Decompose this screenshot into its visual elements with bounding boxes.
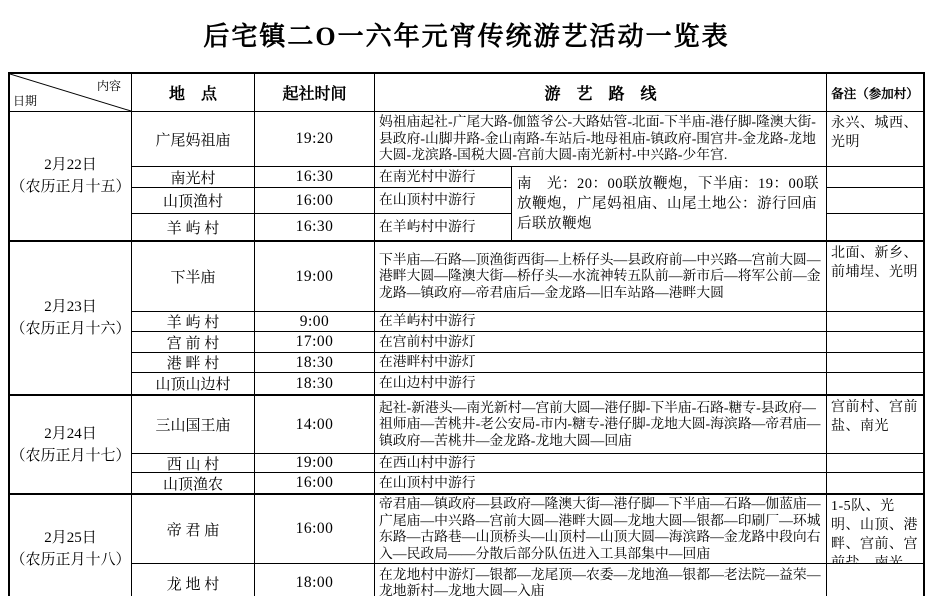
time-cell: 18:00: [255, 564, 375, 596]
time-cell: 9:00: [255, 312, 375, 332]
time-cell: 18:30: [255, 373, 375, 394]
location-cell: 下半庙: [132, 242, 255, 312]
date-text: 2月24日: [44, 423, 97, 445]
column-header-route: 游 艺 路 线: [375, 74, 827, 112]
remark-cell: [827, 167, 923, 188]
lunar-date-text: （农历正月十八）: [10, 549, 130, 571]
corner-label-date: 日期: [13, 92, 37, 109]
firecracker-note-cell: 南 光：20：00联放鞭炮，下半庙：19：00联放鞭炮，广尾妈祖庙、山尾土地公：…: [512, 167, 827, 240]
remark-cell: 永兴、城西、光明: [827, 112, 923, 167]
date-block-feb25: 2月25日 （农历正月十八） 帝 君 庙 16:00 帝君庙—镇政府—县政府—隆…: [10, 495, 923, 596]
route-cell: 在西山村中游行: [375, 454, 827, 473]
time-cell: 16:30: [255, 167, 375, 188]
schedule-table: 内容 日期 地 点 起社时间 游 艺 路 线 备注（参加村） 2月22日 （农历…: [8, 72, 925, 596]
location-cell: 南光村: [132, 167, 255, 188]
remark-cell: [827, 214, 923, 240]
column-header-location: 地 点: [132, 74, 255, 112]
route-cell: 在港畔村中游灯: [375, 353, 827, 373]
table-row: 帝 君 庙 16:00 帝君庙—镇政府—县政府—隆澳大街—港仔脚—下半庙—石路—…: [132, 495, 923, 564]
route-cell: 在山顶村中游行: [375, 188, 512, 214]
route-cell: 妈祖庙起社-广尾大路-伽篮爷公-大路姑管-北面-下半庙-港仔脚-隆澳大街-县政府…: [375, 112, 827, 167]
route-cell: 在羊屿村中游行: [375, 214, 512, 240]
route-cell: 在山顶村中游行: [375, 473, 827, 493]
table-row: 宫 前 村 17:00 在宫前村中游灯: [132, 332, 923, 353]
table-row: 三山国王庙 14:00 起社-新港头—南光新村—宫前大圆—港仔脚-下半庙-石路-…: [132, 396, 923, 454]
location-cell: 羊 屿 村: [132, 312, 255, 332]
time-cell: 16:00: [255, 495, 375, 564]
date-block-feb23: 2月23日 （农历正月十六） 下半庙 19:00 下半庙—石路—顶渔街西街—上桥…: [10, 242, 923, 396]
location-cell: 宫 前 村: [132, 332, 255, 353]
remark-cell: [827, 312, 923, 332]
remark-cell: [827, 353, 923, 373]
date-cell: 2月25日 （农历正月十八）: [10, 495, 132, 596]
table-row: 港 畔 村 18:30 在港畔村中游灯: [132, 353, 923, 373]
time-cell: 19:00: [255, 454, 375, 473]
location-cell: 山顶山边村: [132, 373, 255, 394]
time-cell: 19:20: [255, 112, 375, 167]
page-title: 后宅镇二O一六年元宵传统游艺活动一览表: [0, 0, 933, 53]
route-cell: 下半庙—石路—顶渔街西街—上桥仔头—县政府前—中兴路—宫前大圆—港畔大圆—隆澳大…: [375, 242, 827, 312]
route-cell: 起社-新港头—南光新村—宫前大圆—港仔脚-下半庙-石路-糖专-县政府—祖师庙—苦…: [375, 396, 827, 454]
table-row: 山顶渔村 16:00 在山顶村中游行: [132, 188, 512, 214]
table-row: 羊 屿 村 16:30 在羊屿村中游行: [132, 214, 512, 240]
location-cell: 三山国王庙: [132, 396, 255, 454]
date-text: 2月25日: [44, 527, 97, 549]
remark-cell: [827, 473, 923, 493]
location-cell: 山顶渔农: [132, 473, 255, 493]
table-row: 下半庙 19:00 下半庙—石路—顶渔街西街—上桥仔头—县政府前—中兴路—宫前大…: [132, 242, 923, 312]
remark-cell: 1-5队、光明、山顶、港畔、宫前、宫前盐、南光: [827, 495, 923, 564]
date-cell: 2月23日 （农历正月十六）: [10, 242, 132, 394]
location-cell: 西 山 村: [132, 454, 255, 473]
time-cell: 19:00: [255, 242, 375, 312]
corner-header-cell: 内容 日期: [10, 74, 132, 112]
time-cell: 14:00: [255, 396, 375, 454]
table-row: 羊 屿 村 9:00 在羊屿村中游行: [132, 312, 923, 332]
remark-cell: [827, 454, 923, 473]
table-row: 南光村 16:30 在南光村中游行: [132, 167, 512, 188]
location-cell: 龙 地 村: [132, 564, 255, 596]
table-row: 山顶渔农 16:00 在山顶村中游行: [132, 473, 923, 493]
route-cell: 在山边村中游行: [375, 373, 827, 394]
date-cell: 2月22日 （农历正月十五）: [10, 112, 132, 240]
location-cell: 港 畔 村: [132, 353, 255, 373]
table-row: 西 山 村 19:00 在西山村中游行: [132, 454, 923, 473]
table-row: 龙 地 村 18:00 在龙地村中游灯—银都—龙尾顶—农委—龙地渔—银都—老法院…: [132, 564, 923, 596]
remark-cell: 宫前村、宫前盐、南光: [827, 396, 923, 454]
route-cell: 在宫前村中游灯: [375, 332, 827, 353]
remark-cell: [827, 332, 923, 353]
table-row: 广尾妈祖庙 19:20 妈祖庙起社-广尾大路-伽篮爷公-大路姑管-北面-下半庙-…: [132, 112, 923, 167]
date-block-feb24: 2月24日 （农历正月十七） 三山国王庙 14:00 起社-新港头—南光新村—宫…: [10, 396, 923, 495]
date-block-feb22: 2月22日 （农历正月十五） 广尾妈祖庙 19:20 妈祖庙起社-广尾大路-伽篮…: [10, 112, 923, 242]
time-cell: 17:00: [255, 332, 375, 353]
lunar-date-text: （农历正月十六）: [10, 318, 130, 340]
date-text: 2月22日: [44, 154, 97, 176]
time-cell: 16:00: [255, 188, 375, 214]
route-cell: 帝君庙—镇政府—县政府—隆澳大街—港仔脚—下半庙—石路—伽蓝庙—广尾庙—中兴路—…: [375, 495, 827, 564]
document-page: 后宅镇二O一六年元宵传统游艺活动一览表 内容 日期 地 点 起社时间 游 艺 路…: [0, 0, 933, 596]
route-cell: 在南光村中游行: [375, 167, 512, 188]
remark-cell: [827, 373, 923, 394]
location-cell: 广尾妈祖庙: [132, 112, 255, 167]
route-cell: 在羊屿村中游行: [375, 312, 827, 332]
time-cell: 16:00: [255, 473, 375, 493]
time-cell: 18:30: [255, 353, 375, 373]
location-cell: 帝 君 庙: [132, 495, 255, 564]
remark-cell: 北面、新乡、前埔埕、光明: [827, 242, 923, 312]
lunar-date-text: （农历正月十七）: [10, 445, 130, 467]
header-row: 内容 日期 地 点 起社时间 游 艺 路 线 备注（参加村）: [10, 74, 923, 112]
lunar-date-text: （农历正月十五）: [10, 176, 130, 198]
table-row: 山顶山边村 18:30 在山边村中游行: [132, 373, 923, 394]
column-header-time: 起社时间: [255, 74, 375, 112]
location-cell: 羊 屿 村: [132, 214, 255, 240]
date-cell: 2月24日 （农历正月十七）: [10, 396, 132, 493]
column-header-remark: 备注（参加村）: [827, 74, 923, 112]
route-cell: 在龙地村中游灯—银都—龙尾顶—农委—龙地渔—银都—老法院—益荣—龙地新村—龙地大…: [375, 564, 827, 596]
time-cell: 16:30: [255, 214, 375, 240]
location-cell: 山顶渔村: [132, 188, 255, 214]
remark-cell: [827, 188, 923, 214]
corner-label-content: 内容: [97, 77, 121, 94]
subgroup-feb22: 南光村 16:30 在南光村中游行 山顶渔村 16:00 在山顶村中游行 羊 屿…: [132, 167, 923, 240]
remark-cell: [827, 564, 923, 596]
date-text: 2月23日: [44, 296, 97, 318]
